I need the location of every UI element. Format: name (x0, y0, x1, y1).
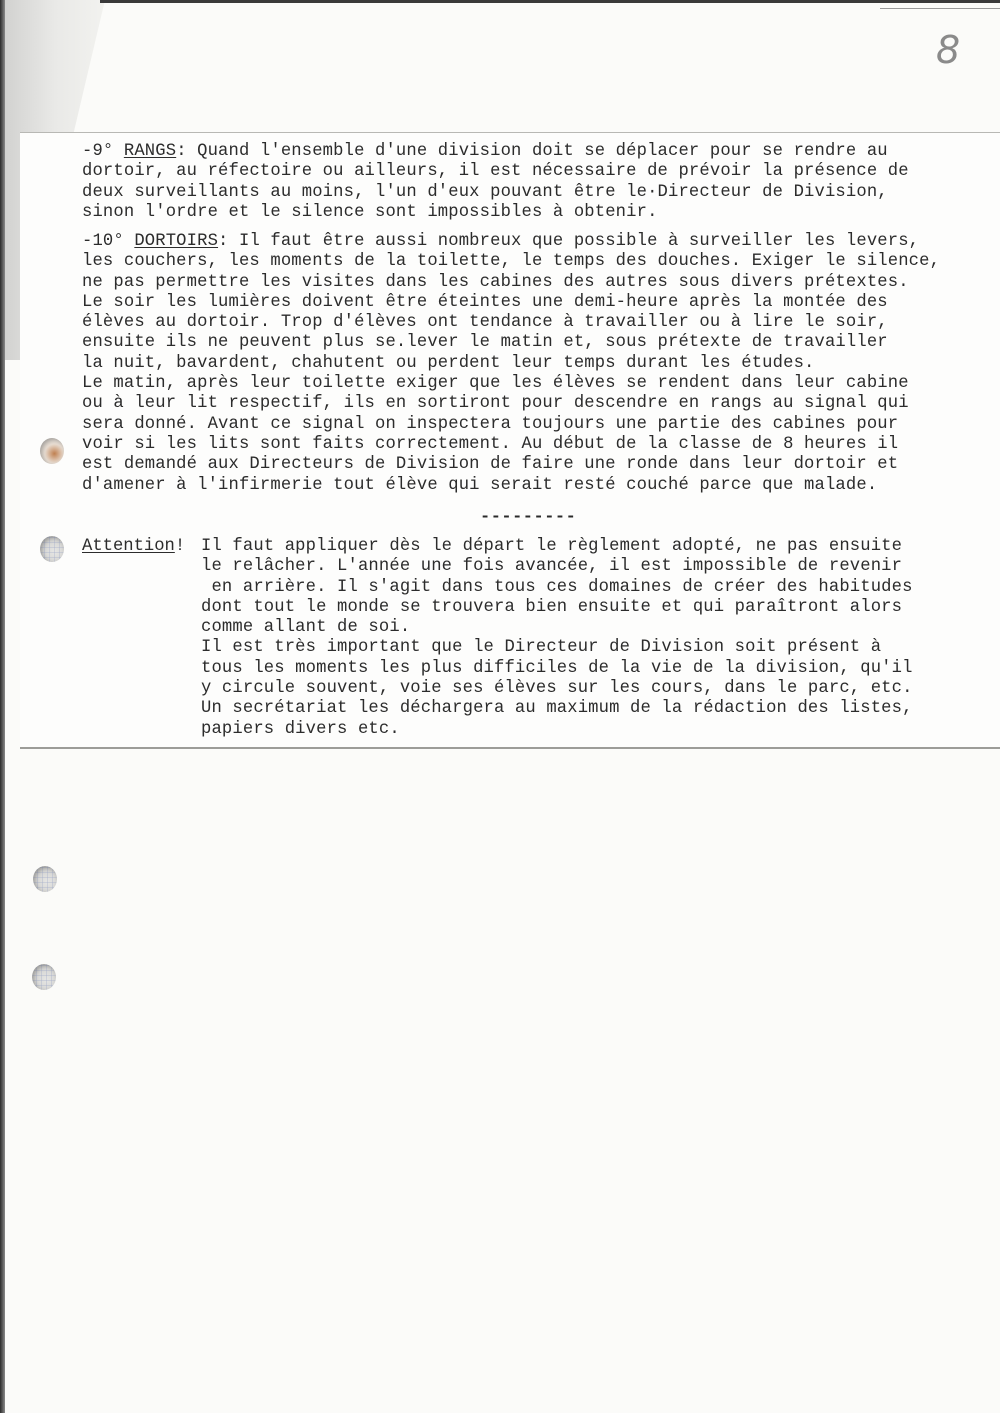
text-line: papiers divers etc. (201, 720, 400, 739)
attention-exclamation: ! (175, 537, 185, 556)
text-line: Le soir les lumières doivent être éteint… (82, 293, 888, 312)
text-line: d'amener à l'infirmerie tout élève qui s… (82, 476, 877, 495)
text-line: : Il faut être aussi nombreux que possib… (218, 232, 919, 251)
text-line: tous les moments les plus difficiles de … (201, 659, 913, 678)
text-line: y circule souvent, voie ses élèves sur l… (201, 679, 913, 698)
text-line: le relâcher. L'année une fois avancée, i… (201, 557, 902, 576)
text-line: Il est très important que le Directeur d… (201, 638, 881, 657)
text-line: la nuit, bavardent, chahutent ou perdent… (82, 354, 815, 373)
punch-hole-icon (40, 438, 64, 464)
scanned-page: 8 -9° RANGS: Quand l'ensemble d'une divi… (0, 0, 1000, 1413)
section-rangs: -9° RANGS: Quand l'ensemble d'une divisi… (82, 142, 909, 223)
text-line: deux surveillants au moins, l'un d'eux p… (82, 183, 888, 202)
binder-edge (0, 0, 5, 1413)
text-line: sera donné. Avant ce signal on inspecter… (82, 415, 898, 434)
text-line: voir si les lits sont faits correctement… (82, 435, 898, 454)
text-line: : Quand l'ensemble d'une division doit s… (176, 142, 888, 161)
punch-hole-icon (40, 536, 64, 562)
punch-hole-icon (33, 866, 57, 892)
text-line: ensuite ils ne peuvent plus se.lever le … (82, 333, 888, 352)
text-line: dont tout le monde se trouvera bien ensu… (201, 598, 902, 617)
section-heading-dortoirs: DORTOIRS (134, 232, 218, 251)
text-line: dortoir, au réfectoire ou ailleurs, il e… (82, 162, 909, 181)
section-number: -9° (82, 142, 124, 161)
top-page-edge (100, 0, 1000, 3)
section-number: -10° (82, 232, 134, 251)
punch-hole-icon (32, 964, 56, 990)
section-heading-rangs: RANGS (124, 142, 176, 161)
text-line: est demandé aux Directeurs de Division d… (82, 455, 898, 474)
text-line: élèves au dortoir. Trop d'élèves ont ten… (82, 313, 888, 332)
text-line: comme allant de soi. (201, 618, 410, 637)
top-rule (880, 8, 1000, 9)
handwritten-page-number: 8 (936, 28, 960, 72)
attention-body: Il faut appliquer dès le départ le règle… (201, 537, 913, 740)
text-line: les couchers, les moments de la toilette… (82, 252, 940, 271)
text-line: Il faut appliquer dès le départ le règle… (201, 537, 902, 556)
text-line: ou à leur lit respectif, ils en sortiron… (82, 394, 909, 413)
section-separator: --------- (480, 508, 576, 527)
attention-heading: Attention (82, 537, 175, 556)
section-dortoirs: -10° DORTOIRS: Il faut être aussi nombre… (82, 232, 940, 496)
text-line: sinon l'ordre et le silence sont impossi… (82, 203, 658, 222)
text-line: ne pas permettre les visites dans les ca… (82, 273, 909, 292)
text-line: Un secrétariat les déchargera au maximum… (201, 699, 913, 718)
attention-label: Attention! (82, 537, 185, 557)
text-line: en arrière. Il s'agit dans tous ces doma… (201, 578, 913, 597)
text-line: Le matin, après leur toilette exiger que… (82, 374, 909, 393)
